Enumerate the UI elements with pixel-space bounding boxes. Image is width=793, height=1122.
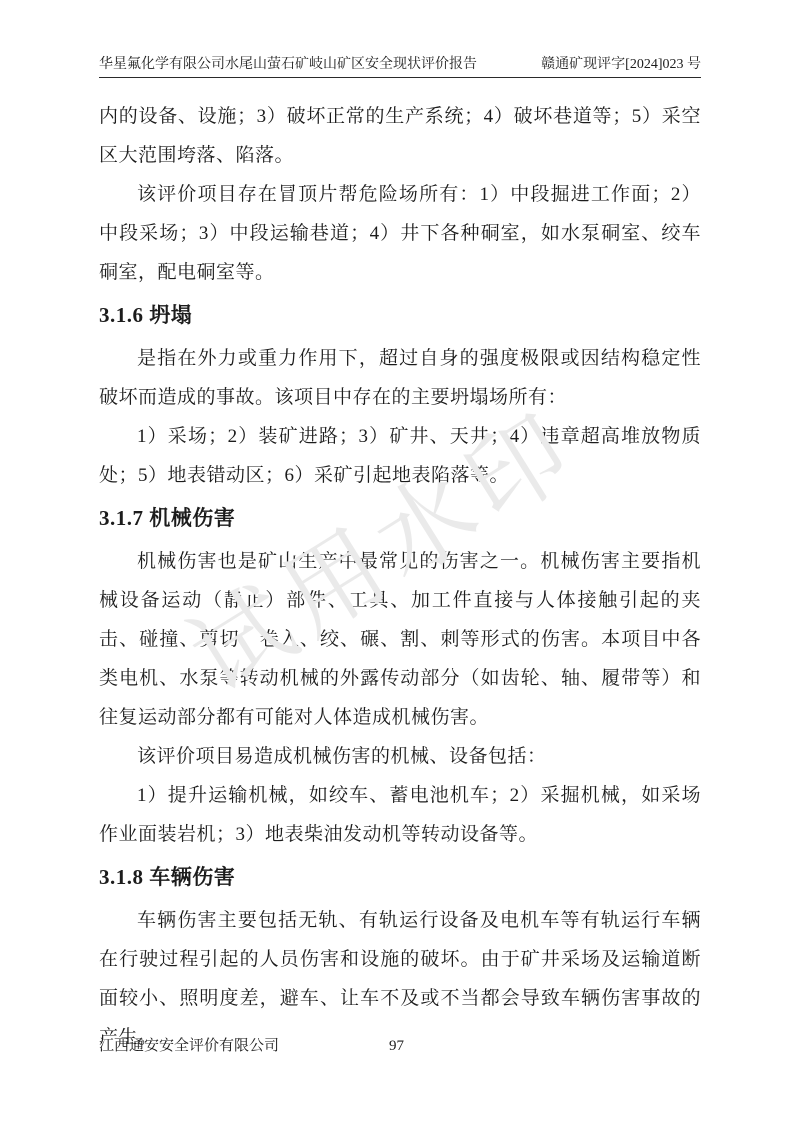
section-heading: 3.1.6 坍塌 — [99, 296, 701, 335]
document-body: 内的设备、设施；3）破坏正常的生产系统；4）破坏巷道等；5）采空区大范围垮落、陷… — [99, 97, 701, 1057]
footer-page-number: 97 — [0, 1036, 793, 1056]
paragraph: 1）采场；2）装矿进路；3）矿井、天井；4）违章超高堆放物质处；5）地表错动区；… — [99, 417, 701, 495]
paragraph: 该评价项目易造成机械伤害的机械、设备包括： — [99, 737, 701, 776]
section-heading: 3.1.8 车辆伤害 — [99, 858, 701, 897]
section-heading: 3.1.7 机械伤害 — [99, 499, 701, 538]
paragraph: 车辆伤害主要包括无轨、有轨运行设备及电机车等有轨运行车辆在行驶过程引起的人员伤害… — [99, 901, 701, 1057]
paragraph: 内的设备、设施；3）破坏正常的生产系统；4）破坏巷道等；5）采空区大范围垮落、陷… — [99, 97, 701, 175]
paragraph: 是指在外力或重力作用下，超过自身的强度极限或因结构稳定性破坏而造成的事故。该项目… — [99, 339, 701, 417]
paragraph: 1）提升运输机械，如绞车、蓄电池机车；2）采掘机械，如采场作业面装岩机；3）地表… — [99, 776, 701, 854]
header-doc-number: 赣通矿现评字[2024]023 号 — [541, 56, 701, 74]
header-report-title: 华星氟化学有限公司水尾山萤石矿岐山矿区安全现状评价报告 — [99, 56, 477, 74]
paragraph: 该评价项目存在冒顶片帮危险场所有：1）中段掘进工作面；2）中段采场；3）中段运输… — [99, 175, 701, 292]
page-header: 华星氟化学有限公司水尾山萤石矿岐山矿区安全现状评价报告 赣通矿现评字[2024]… — [99, 56, 701, 78]
paragraph: 机械伤害也是矿山生产中最常见的伤害之一。机械伤害主要指机械设备运动（静止）部件、… — [99, 542, 701, 737]
